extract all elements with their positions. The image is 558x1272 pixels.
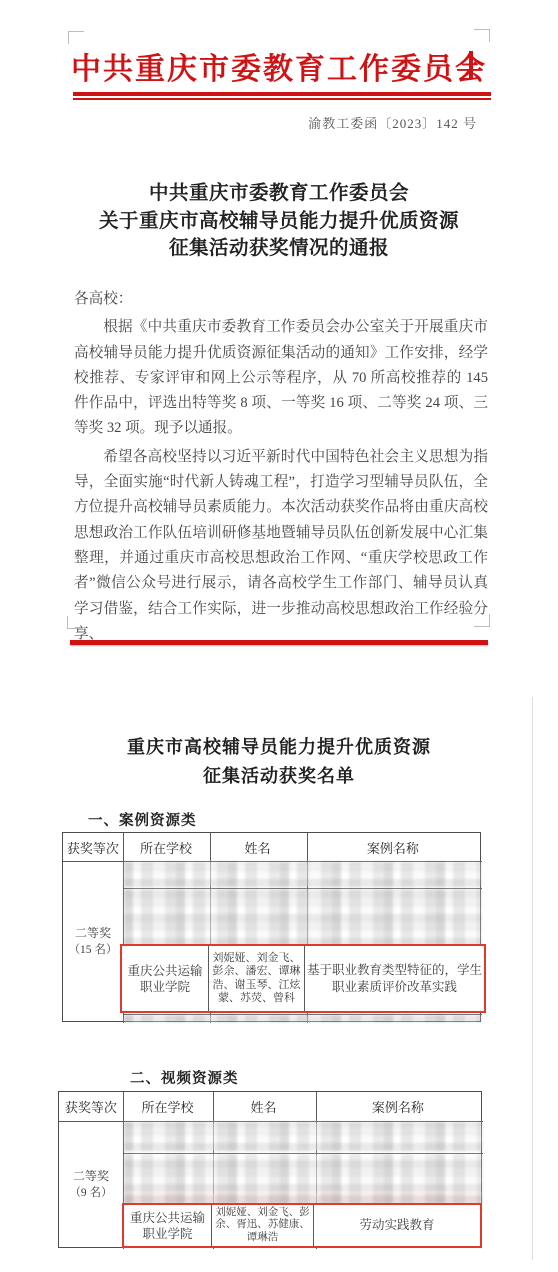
crop-mark-icon: [68, 31, 84, 44]
paragraph-2: 希望各高校坚持以习近平新时代中国特色社会主义思想为指导，全面实施“时代新人铸魂工…: [74, 445, 488, 647]
redacted-row-partial: [124, 1015, 481, 1022]
winner-names-cell: 刘妮娅、刘金飞、彭余、潘宏、谭琳浩、谢玉琴、江炫蒙、苏荧、曾科: [209, 946, 305, 1011]
table-header-row: 获奖等次 所在学校 姓名 案例名称: [63, 833, 480, 861]
document-body: 各高校： 根据《中共重庆市委教育工作委员会办公室关于开展重庆市高校辅导员能力提升…: [74, 287, 488, 650]
award-list-title-line1: 重庆市高校辅导员能力提升优质资源: [0, 733, 558, 762]
redacted-row: [124, 1154, 482, 1192]
winner-case-cell: 劳动实践教育: [314, 1205, 480, 1246]
document-title-line1: 中共重庆市委教育工作委员会: [0, 180, 558, 208]
document-scan: 中共重庆市委教育工作委员会 渝教工委函〔2023〕142 号 中共重庆市委教育工…: [0, 0, 558, 1272]
col-header-school: 所在学校: [123, 1092, 213, 1121]
highlighted-winner-row: 重庆公共运输 职业学院 刘妮娅、刘金飞、彭余、胥迅、苏健康、谭琳浩 劳动实践教育: [122, 1203, 482, 1248]
redacted-row: [124, 862, 481, 887]
winner-names-cell: 刘妮娅、刘金飞、彭余、胥迅、苏健康、谭琳浩: [212, 1205, 314, 1246]
col-header-school: 所在学校: [123, 833, 210, 861]
document-title-line3: 征集活动获奖情况的通报: [0, 235, 558, 263]
red-tick-mark: [469, 51, 473, 78]
winner-case-cell: 基于职业教育类型特征的，学生职业素质评价改革实践: [305, 946, 484, 1011]
award-tier-cell: 二等奖 （15 名）: [63, 861, 123, 1023]
award-list-title: 重庆市高校辅导员能力提升优质资源 征集活动获奖名单: [0, 733, 558, 791]
paragraph-1: 根据《中共重庆市委教育工作委员会办公室关于开展重庆市高校辅导员能力提升优质资源征…: [74, 315, 488, 441]
winner-school-cell: 重庆公共运输 职业学院: [124, 1205, 212, 1246]
letterhead-title: 中共重庆市委教育工作委员会: [0, 44, 558, 88]
document-title: 中共重庆市委教育工作委员会 关于重庆市高校辅导员能力提升优质资源 征集活动获奖情…: [0, 180, 558, 263]
col-header-award-tier: 获奖等次: [63, 833, 123, 861]
document-number: 渝教工委函〔2023〕142 号: [308, 113, 477, 132]
award-list-title-line2: 征集活动获奖名单: [0, 762, 558, 791]
award-tier-cell: 二等奖 （9 名）: [59, 1121, 123, 1249]
document-title-line2: 关于重庆市高校辅导员能力提升优质资源: [0, 208, 558, 236]
section-1-label: 一、案例资源类: [88, 809, 197, 830]
col-header-award-tier: 获奖等次: [59, 1092, 123, 1121]
highlighted-winner-row: 重庆公共运输 职业学院 刘妮娅、刘金飞、彭余、潘宏、谭琳浩、谢玉琴、江炫蒙、苏荧…: [120, 944, 486, 1013]
section-2-label: 二、视频资源类: [130, 1067, 239, 1088]
red-separator-line: [70, 640, 488, 645]
col-header-case-name: 案例名称: [306, 833, 480, 861]
table-header-row: 获奖等次 所在学校 姓名 案例名称: [59, 1092, 481, 1121]
col-header-case-name: 案例名称: [315, 1092, 481, 1121]
crop-mark-icon: [474, 29, 490, 42]
col-header-names: 姓名: [209, 833, 306, 861]
col-header-names: 姓名: [212, 1092, 315, 1121]
redacted-row: [124, 889, 481, 946]
red-double-rule: [73, 92, 491, 100]
winner-school-cell: 重庆公共运输 职业学院: [122, 946, 209, 1011]
redacted-row: [124, 1122, 482, 1151]
salutation: 各高校：: [74, 287, 488, 312]
